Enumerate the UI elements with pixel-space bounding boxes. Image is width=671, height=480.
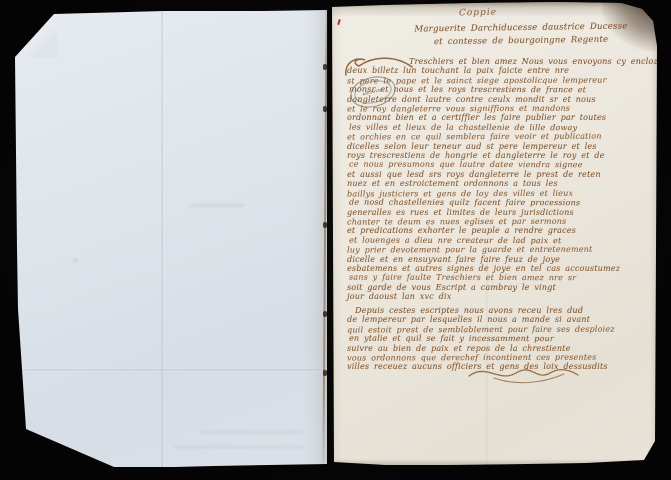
manuscript-line: et le roy dangleterre vous signiffions e…	[347, 104, 647, 114]
manuscript-line: et aussi que lesd srs roys dangleterre l…	[347, 170, 647, 179]
left-page-blank-verso	[14, 9, 327, 469]
manuscript-line: de nosd chastellenies quilz facent faire…	[349, 198, 647, 208]
page-edge-shadow	[650, 1, 662, 467]
manuscript-line: deux billetz lun touchant la paix faicte…	[347, 66, 647, 75]
manuscript-line: generalles es rues et limites de leurs j…	[347, 208, 647, 217]
manuscript-line: dangleterre dont lautre contre ceulx mon…	[347, 95, 647, 104]
manuscript-line: de lempereur par lesquelles il nous a ma…	[347, 315, 647, 324]
manuscript-line: ce nous presumons que lautre datee viend…	[349, 160, 647, 170]
manuscript-line: Treschiers et bien amez Nous vous envoyo…	[347, 57, 647, 66]
page-bottom-shadow	[326, 459, 662, 467]
manuscript-line: luy prier devotement pour la guarde et e…	[347, 245, 647, 255]
stitch-knot	[323, 370, 327, 376]
stitch-knot	[323, 64, 327, 70]
manuscript-line: et orchies en ce quil semblera faire veo…	[347, 132, 647, 142]
vertical-fold-crease	[161, 9, 164, 469]
stitch-knot	[323, 106, 327, 112]
manuscript-line: Depuis cestes escriptes nous avons receu…	[347, 306, 647, 315]
right-page-manuscript: Coppie Marguerite Darchiducesse daustric…	[326, 1, 662, 467]
manuscript-line: monsr et nous et les roys trescrestiens …	[349, 85, 647, 95]
ink-showthrough-smudge	[199, 431, 304, 433]
ink-showthrough-smudge	[174, 446, 304, 448]
manuscript-line: sans y faire faulte Treschiers et bien a…	[349, 273, 647, 283]
stitch-knot	[323, 311, 327, 317]
manuscript-line: dicelles selon leur teneur aud st pere l…	[347, 142, 647, 151]
ink-showthrough-smudge	[189, 204, 244, 207]
manuscript-line: chanter te deum es nues eglises et par s…	[347, 216, 647, 226]
manuscript-line: nuez et en estroictement ordonnons a tou…	[347, 179, 647, 188]
scanned-document: Coppie Marguerite Darchiducesse daustric…	[0, 0, 671, 480]
stitch-knot	[323, 222, 327, 228]
manuscript-line: suivre au bien de paix et repos de la ch…	[347, 344, 647, 353]
manuscript-line: ordonnant bien et a certiffier les faire…	[347, 113, 647, 122]
manuscript-line: dicelle et en ensuyvant faire faire feuz…	[347, 255, 647, 264]
manuscript-line: en ytalie et quil se fait y incessamment…	[349, 334, 647, 344]
manuscript-line: et predications exhorter le peuple a ren…	[347, 226, 647, 235]
paper-spot	[74, 259, 77, 262]
manuscript-title: Marguerite Darchiducesse daustrice Duces…	[396, 20, 646, 49]
manuscript-line: soit garde de vous Escript a cambray le …	[347, 283, 647, 292]
gutter-shadow-right	[326, 1, 342, 467]
pen-flourish-closing	[466, 361, 582, 387]
gutter-shadow-left	[14, 9, 327, 469]
manuscript-paragraph-1: Treschiers et bien amez Nous vous envoyo…	[347, 57, 647, 302]
manuscript-heading: Coppie	[418, 7, 538, 20]
horizontal-fold-crease	[14, 369, 327, 372]
manuscript-line: jour daoust lan xvc dix	[347, 292, 647, 301]
